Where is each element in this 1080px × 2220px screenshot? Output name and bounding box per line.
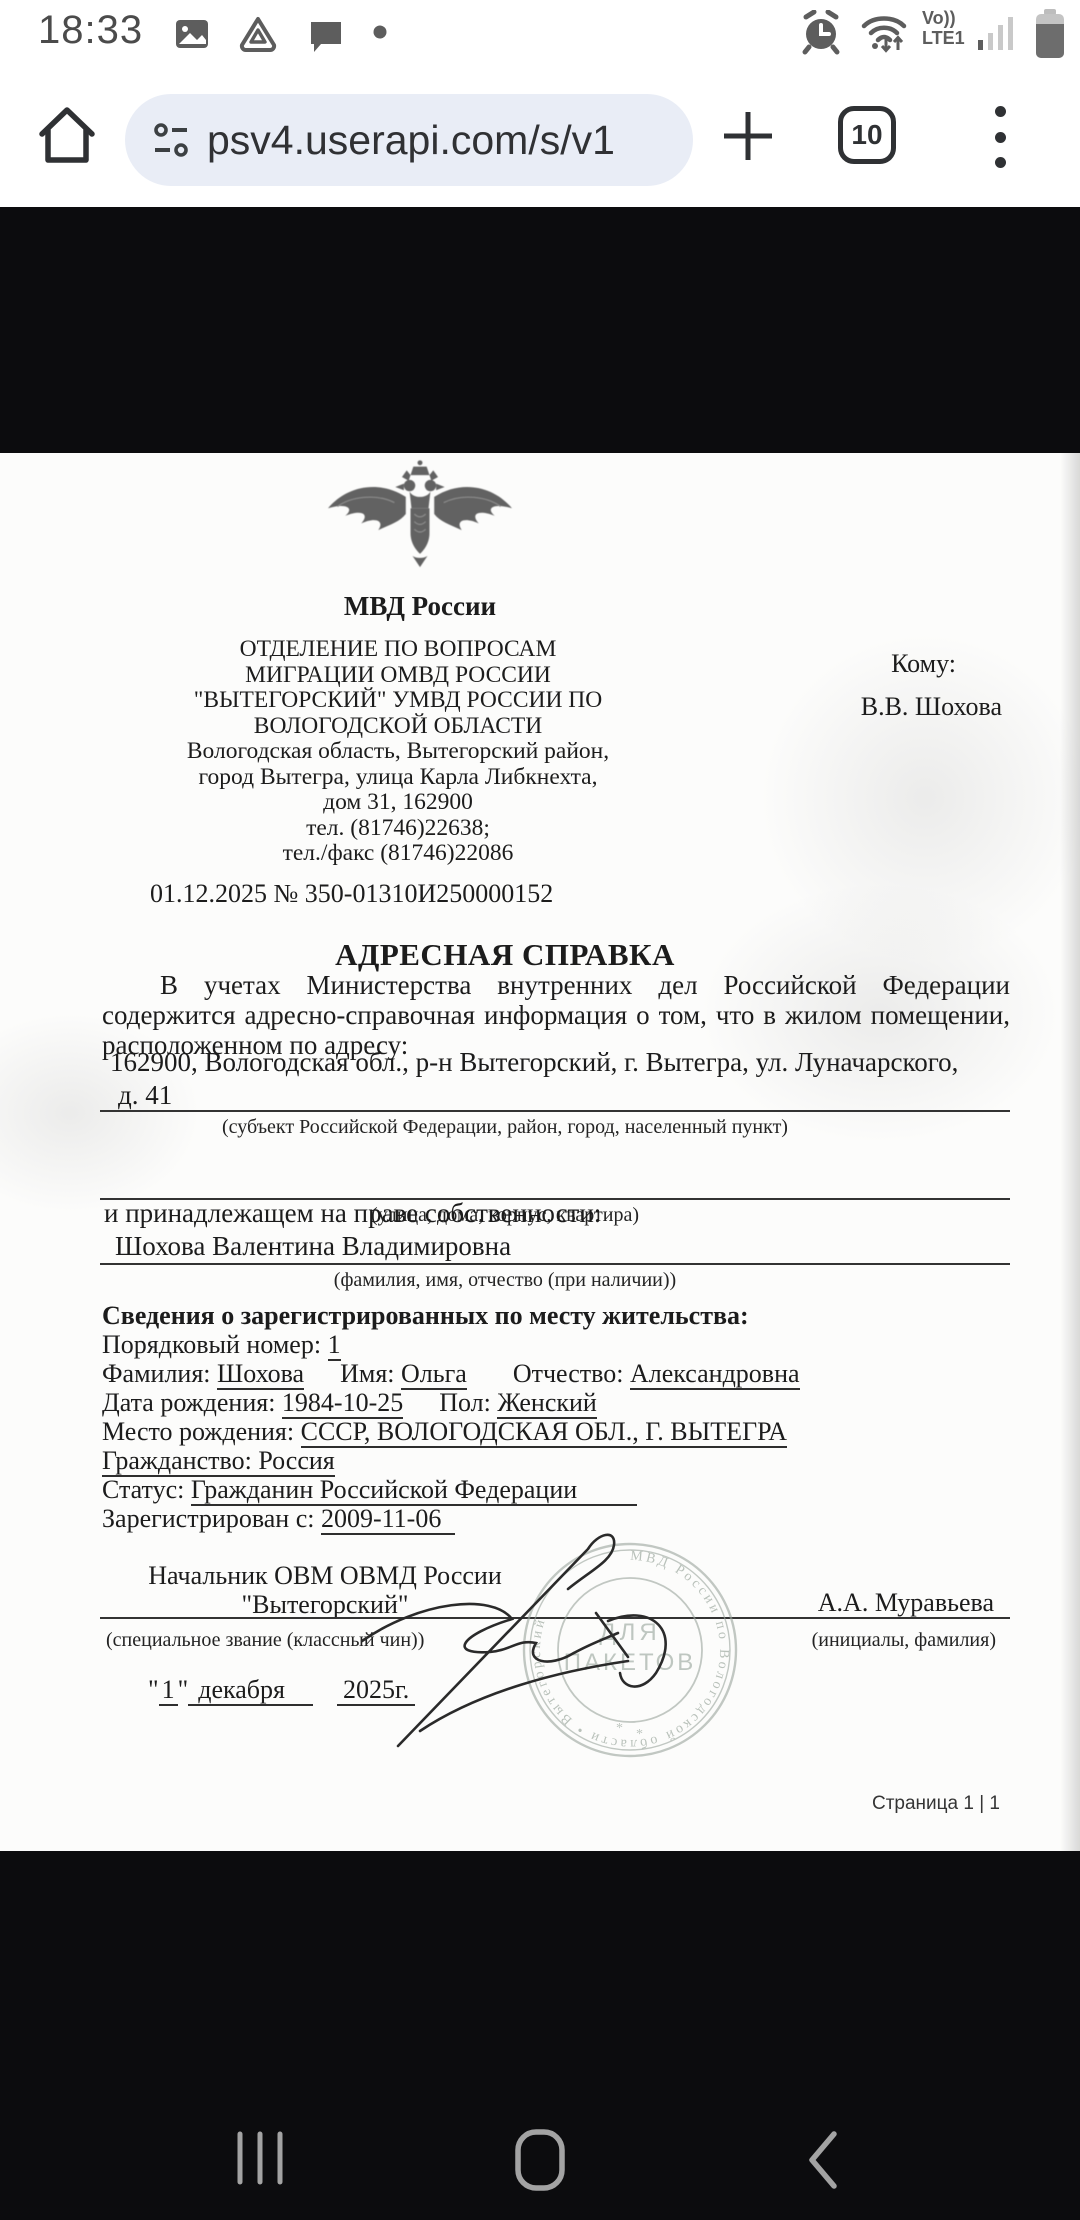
date-day: 1	[159, 1675, 178, 1706]
addressee-block: Кому: В.В. Шохова	[861, 649, 1002, 722]
alarm-icon	[798, 10, 844, 56]
status-bar: 18:33 Vo	[0, 0, 1080, 62]
clock-label: 18:33	[38, 8, 143, 53]
url-text: psv4.userapi.com/s/v1	[207, 117, 659, 164]
address-line-1: 162900, Вологодская обл., р-н Вытегорски…	[110, 1047, 958, 1078]
back-button[interactable]	[800, 2128, 846, 2192]
field-row: Фамилия: ШоховаИмя: ОльгаОтчество: Алекс…	[102, 1359, 800, 1389]
page-footer: Страница 1 | 1	[872, 1793, 1000, 1815]
document-page[interactable]: МВД России ОТДЕЛЕНИЕ ПО ВОПРОСАМ МИГРАЦИ…	[0, 453, 1080, 1851]
home-nav-button[interactable]	[512, 2128, 568, 2192]
tab-switcher-button[interactable]: 10	[838, 106, 896, 164]
field-value: Гражданин Российской Федерации	[191, 1475, 637, 1506]
letterhead-line: ВОЛОГОДСКОЙ ОБЛАСТИ	[88, 714, 708, 740]
letterhead-line: тел./факс (81746)22086	[88, 841, 708, 867]
recents-button[interactable]	[232, 2128, 288, 2188]
browser-toolbar: psv4.userapi.com/s/v1 10	[0, 62, 1080, 207]
recents-icon	[240, 2134, 280, 2182]
field-value: Россия	[258, 1446, 334, 1475]
drive-icon	[238, 14, 278, 54]
ownership-label: и принадлежащем на праве собственности:	[104, 1198, 601, 1229]
field-row: Порядковый номер: 1	[102, 1330, 341, 1360]
home-nav-icon	[518, 2132, 562, 2188]
field-value: СССР, ВОЛОГОДСКАЯ ОБЛ., Г. ВЫТЕГРА	[301, 1417, 787, 1448]
field-value: Ольга	[401, 1359, 467, 1390]
field-label: Порядковый номер:	[102, 1330, 321, 1359]
agency-title: МВД России	[270, 591, 570, 622]
home-button[interactable]	[32, 102, 102, 168]
url-bar[interactable]: psv4.userapi.com/s/v1	[125, 94, 693, 186]
field-label: Зарегистрирован с:	[102, 1504, 314, 1533]
gallery-icon	[172, 14, 212, 54]
field-label: Статус:	[102, 1475, 184, 1504]
field-label: Отчество:	[513, 1359, 624, 1388]
address-caption-1: (субъект Российской Федерации, район, го…	[0, 1116, 1010, 1139]
field-value: 1984-10-25	[282, 1388, 403, 1419]
field-value: Женский	[497, 1388, 596, 1419]
wifi-arrows-icon	[858, 10, 910, 58]
mvd-emblem	[318, 459, 522, 587]
signer-name: А.А. Муравьева	[818, 1588, 994, 1618]
ruled-line	[100, 1263, 1010, 1265]
field-label: Гражданство:	[102, 1446, 252, 1475]
field-value: Шохова	[217, 1359, 304, 1390]
chat-icon	[306, 14, 346, 54]
tune-icon	[151, 118, 191, 162]
back-icon	[812, 2134, 834, 2186]
date-month: декабря	[188, 1675, 313, 1706]
field-value: Александровна	[630, 1359, 800, 1390]
document-title: АДРЕСНАЯ СПРАВКА	[0, 937, 1010, 973]
navigation-bar	[0, 2100, 1080, 2220]
letterhead-line: город Вытегра, улица Карла Либкнехта,	[88, 765, 708, 791]
reference-line: 01.12.2025 № 350-01310И250000152	[150, 879, 553, 909]
field-label: Фамилия:	[102, 1359, 211, 1388]
field-label: Дата рождения:	[102, 1388, 275, 1417]
letterhead-line: МИГРАЦИИ ОМВД РОССИИ	[88, 663, 708, 689]
ruled-line	[100, 1110, 1010, 1112]
new-tab-button[interactable]	[718, 106, 778, 166]
letterhead-line: Вологодская область, Вытегорский район,	[88, 739, 708, 765]
letterhead: ОТДЕЛЕНИЕ ПО ВОПРОСАМ МИГРАЦИИ ОМВД РОСС…	[88, 637, 708, 867]
signature	[360, 1521, 790, 1761]
owner-caption: (фамилия, имя, отчество (при наличии))	[0, 1269, 1010, 1292]
phone-screen: 18:33 Vo	[0, 0, 1080, 2220]
menu-button[interactable]	[985, 102, 1015, 172]
letterhead-line: "ВЫТЕГОРСКИЙ" УМВД РОССИИ ПО	[88, 688, 708, 714]
section-title: Сведения о зарегистрированных по месту ж…	[102, 1301, 749, 1331]
field-row: Статус: Гражданин Российской Федерации	[102, 1475, 637, 1505]
field-row: Место рождения: СССР, ВОЛОГОДСКАЯ ОБЛ., …	[102, 1417, 787, 1447]
tab-count: 10	[851, 119, 882, 151]
letterhead-line: ОТДЕЛЕНИЕ ПО ВОПРОСАМ	[88, 637, 708, 663]
field-label: Имя:	[340, 1359, 394, 1388]
field-row: Гражданство: Россия	[102, 1446, 335, 1476]
address-line-2: д. 41	[118, 1080, 172, 1111]
field-label: Пол:	[439, 1388, 491, 1417]
signal-bars-icon	[976, 12, 1020, 54]
battery-icon	[1032, 8, 1068, 60]
signature-caption-right: (инициалы, фамилия)	[812, 1629, 996, 1652]
notification-dot	[372, 24, 388, 40]
letterhead-line: тел. (81746)22638;	[88, 816, 708, 842]
owner-name: Шохова Валентина Владимировна	[115, 1231, 511, 1262]
field-label: Место рождения:	[102, 1417, 294, 1446]
field-value: 1	[328, 1330, 341, 1361]
field-row: Дата рождения: 1984-10-25Пол: Женский	[102, 1388, 597, 1418]
viewer-background-top	[0, 207, 1080, 453]
addressee-name: В.В. Шохова	[861, 692, 1002, 722]
letterhead-line: дом 31, 162900	[88, 790, 708, 816]
addressee-label: Кому:	[861, 649, 1002, 679]
